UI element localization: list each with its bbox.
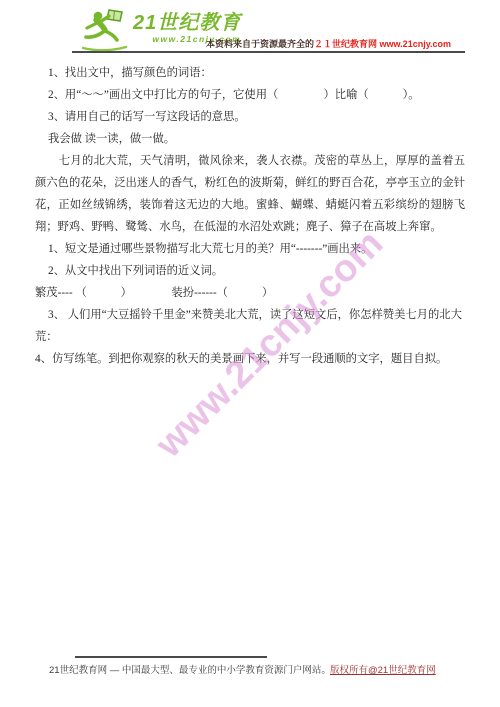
header-divider bbox=[72, 51, 465, 53]
passage-paragraph: 七月的北大荒，天气清明，微风徐来，袭人衣襟。茂密的草丛上，厚厚的盖着五颜六色的花… bbox=[35, 150, 465, 238]
footer-info-text: 21世纪教育网 — 中国最大型、最专业的中小学教育资源门户网站。 bbox=[49, 662, 331, 676]
worksheet-page: 21世纪教育 www.21cnjy.com 本资料来自于资源最齐全的２１世纪教育… bbox=[0, 0, 500, 707]
question-line-1: 1、找出文中，描写颜色的词语： bbox=[35, 62, 465, 84]
header-notice: 本资料来自于资源最齐全的２１世纪教育网 www.21cnjy.com bbox=[206, 37, 466, 50]
worksheet-content: 1、找出文中，描写颜色的词语： 2、用“～～”画出文中打比方的句子，它使用（ ）… bbox=[35, 62, 465, 370]
footer-divider bbox=[75, 656, 267, 658]
notice-prefix-text: 本资料来自于资源最齐全的 bbox=[206, 39, 314, 49]
section-lead: 我会做 读一读，做一做。 bbox=[35, 128, 465, 150]
runner-icon bbox=[82, 7, 132, 53]
question-line-2: 2、用“～～”画出文中打比方的句子，它使用（ ）比喻（ ）。 bbox=[35, 84, 465, 106]
synonym-blanks: 繁茂---- （ ） 装扮------（ ） bbox=[35, 282, 465, 304]
sub-question-2: 2、从文中找出下列词语的近义词。 bbox=[35, 260, 465, 282]
sub-question-4: 4、仿写练笔。到把你观察的秋天的美景画下来，并写一段通顺的文字，题目自拟。 bbox=[35, 348, 465, 370]
question-line-3: 3、请用自己的话写一写这段话的意思。 bbox=[35, 106, 465, 128]
notice-site-link[interactable]: ２１世纪教育网 www.21cnjy.com bbox=[314, 39, 451, 49]
brand-name: 21世纪教育 bbox=[133, 13, 241, 34]
sub-question-1: 1、短文是通过哪些景物描写北大荒七月的美？用“-------”画出来。 bbox=[35, 238, 465, 260]
sub-question-3: 3、 人们用“大豆摇铃千里金”来赞美北大荒，读了这短文后，你怎样赞美七月的北大荒… bbox=[35, 304, 465, 348]
footer-copyright-link[interactable]: 版权所有@21世纪教育网 bbox=[330, 662, 436, 676]
